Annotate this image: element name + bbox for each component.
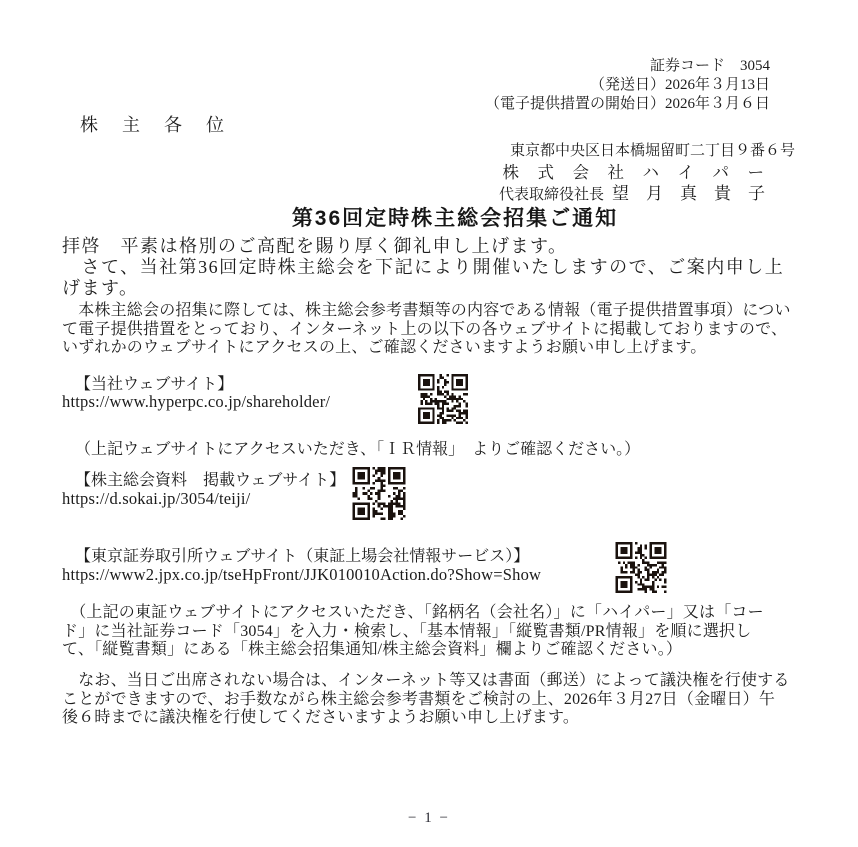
securities-code: 証券コード 3054 <box>485 57 770 76</box>
company-website-note: （上記ウェブサイトにアクセスいただき、「ＩＲ情報」 よりご確認ください。） <box>62 436 640 459</box>
qr-code-icon <box>417 374 469 424</box>
page-number: − 1 − <box>0 810 858 827</box>
notice-line: て電子提供措置をとっており、インターネット上の以下の各ウェブサイトに掲載しており… <box>62 321 808 340</box>
greeting-line: げます。 <box>62 278 808 299</box>
shareholder-notice-page: 証券コード 3054 （発送日）2026年３月13日 （電子提供措置の開始日）2… <box>0 0 858 847</box>
sender-company: 株 式 会 社 ハ イ パ ー <box>499 162 795 183</box>
tse-note-line: て、「縦覧書類」にある「株主総会招集通知/株主総会資料」欄よりご確認ください。） <box>62 641 808 660</box>
header-dates-block: 証券コード 3054 （発送日）2026年３月13日 （電子提供措置の開始日）2… <box>485 57 770 113</box>
tse-website-label: 【東京証券取引所ウェブサイト（東証上場会社情報サービス）】 <box>62 543 529 566</box>
addressee: 株 主 各 位 <box>80 111 227 137</box>
tse-website-note-paragraph: （上記の東証ウェブサイトにアクセスいただき、「銘柄名（会社名）」に「ハイパー」又… <box>62 604 808 660</box>
tse-note-line: ド」に当社証券コード「3054」を入力・検索し、「基本情報」「縦覧書類/PR情報… <box>62 623 808 642</box>
sender-address: 東京都中央区日本橋堀留町二丁目９番６号 <box>499 141 795 162</box>
send-date: （発送日）2026年３月13日 <box>485 76 770 95</box>
tse-note-line: （上記の東証ウェブサイトにアクセスいただき、「銘柄名（会社名）」に「ハイパー」又… <box>62 604 808 623</box>
notice-line: いずれかのウェブサイトにアクセスの上、ご確認くださいますようお願い申し上げます。 <box>62 339 808 358</box>
electronic-provision-start-date: （電子提供措置の開始日）2026年３月６日 <box>485 95 770 114</box>
company-website-url[interactable]: https://www.hyperpc.co.jp/shareholder/ <box>62 392 330 412</box>
notice-line: 本株主総会の招集に際しては、株主総会参考書類等の内容である情報（電子提供措置事項… <box>62 302 808 321</box>
qr-code-icon <box>352 467 406 520</box>
qr-code-icon <box>615 542 667 593</box>
company-website-label: 【当社ウェブサイト】 <box>62 371 233 394</box>
representative-name: 望 月 真 貴 子 <box>612 184 765 203</box>
sender-block: 東京都中央区日本橋堀留町二丁目９番６号 株 式 会 社 ハ イ パ ー 代表取締… <box>499 141 795 206</box>
greeting-line: 拝啓 平素は格別のご高配を賜り厚く御礼申し上げます。 <box>62 236 808 257</box>
closing-line: なお、当日ご出席されない場合は、インターネット等又は書面（郵送）によって議決権を… <box>62 672 808 691</box>
tse-website-url[interactable]: https://www2.jpx.co.jp/tseHpFront/JJK010… <box>62 565 541 585</box>
meeting-materials-website-url[interactable]: https://d.sokai.jp/3054/teiji/ <box>62 489 250 509</box>
closing-line: 後６時までに議決権を行使してくださいますようお願い申し上げます。 <box>62 709 808 728</box>
greeting-line: さて、当社第36回定時株主総会を下記により開催いたしますので、ご案内申し上 <box>62 257 808 278</box>
electronic-provision-paragraph: 本株主総会の招集に際しては、株主総会参考書類等の内容である情報（電子提供措置事項… <box>62 302 808 358</box>
greeting-paragraph: 拝啓 平素は格別のご高配を賜り厚く御礼申し上げます。 さて、当社第36回定時株主… <box>62 236 808 299</box>
representative-title: 代表取締役社長 <box>499 187 604 203</box>
voting-rights-paragraph: なお、当日ご出席されない場合は、インターネット等又は書面（郵送）によって議決権を… <box>62 672 808 728</box>
page-title: 第36回定時株主総会招集ご通知 <box>0 202 858 232</box>
closing-line: ことができますので、お手数ながら株主総会参考書類をご検討の上、2026年３月27… <box>62 691 808 710</box>
meeting-materials-website-label: 【株主総会資料 掲載ウェブサイト】 <box>62 467 345 490</box>
